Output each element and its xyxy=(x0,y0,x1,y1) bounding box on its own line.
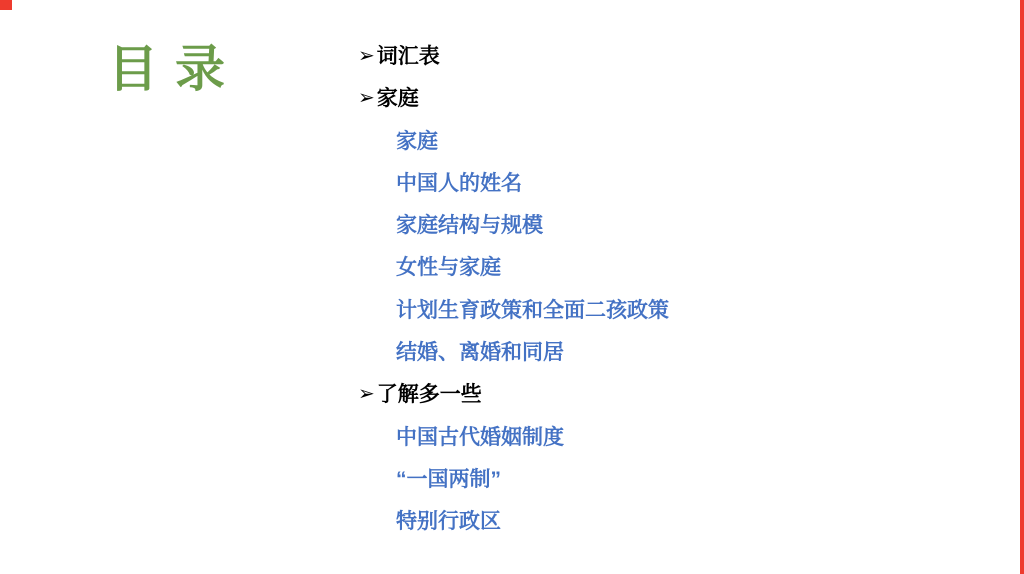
page-title: 目录 xyxy=(108,42,242,97)
toc-item-label: 家庭结构与规模 xyxy=(396,214,543,237)
toc-item-label: “一国两制” xyxy=(396,468,501,491)
toc-item-label: 结婚、离婚和同居 xyxy=(396,341,564,364)
toc-item-label: 女性与家庭 xyxy=(396,256,501,279)
arrow-bullet-icon: ➢ xyxy=(358,35,375,77)
toc-item-label: 中国古代婚姻制度 xyxy=(396,426,564,449)
toc-item-chinese-names[interactable]: 中国人的姓名 xyxy=(358,163,918,205)
slide-canvas: 目录 ➢词汇表 ➢家庭 家庭 中国人的姓名 家庭结构与规模 女性与家庭 计划生育… xyxy=(0,0,1024,574)
red-corner-accent xyxy=(0,0,12,10)
red-edge-bar xyxy=(1020,0,1024,574)
toc-item-label: 计划生育政策和全面二孩政策 xyxy=(396,299,669,322)
toc-section-label: 家庭 xyxy=(377,87,419,110)
toc-section-learn-more: ➢了解多一些 xyxy=(358,374,918,416)
toc-item-ancient-marriage-system[interactable]: 中国古代婚姻制度 xyxy=(358,417,918,459)
toc-item-family[interactable]: 家庭 xyxy=(358,121,918,163)
arrow-bullet-icon: ➢ xyxy=(358,373,375,415)
toc-section-vocabulary: ➢词汇表 xyxy=(358,36,918,78)
toc-item-label: 特别行政区 xyxy=(396,510,501,533)
toc-section-label: 了解多一些 xyxy=(377,383,482,406)
toc-item-label: 中国人的姓名 xyxy=(396,172,522,195)
toc-item-marriage-divorce-cohabitation[interactable]: 结婚、离婚和同居 xyxy=(358,332,918,374)
toc-item-women-and-family[interactable]: 女性与家庭 xyxy=(358,247,918,289)
toc-item-family-planning-policy[interactable]: 计划生育政策和全面二孩政策 xyxy=(358,290,918,332)
toc-item-label: 家庭 xyxy=(396,130,438,153)
arrow-bullet-icon: ➢ xyxy=(358,77,375,119)
toc-item-family-structure[interactable]: 家庭结构与规模 xyxy=(358,205,918,247)
toc-item-special-administrative-region[interactable]: 特别行政区 xyxy=(358,501,918,543)
table-of-contents: ➢词汇表 ➢家庭 家庭 中国人的姓名 家庭结构与规模 女性与家庭 计划生育政策和… xyxy=(358,36,918,544)
toc-item-one-country-two-systems[interactable]: “一国两制” xyxy=(358,459,918,501)
toc-section-family: ➢家庭 xyxy=(358,78,918,120)
toc-section-label: 词汇表 xyxy=(377,45,440,68)
